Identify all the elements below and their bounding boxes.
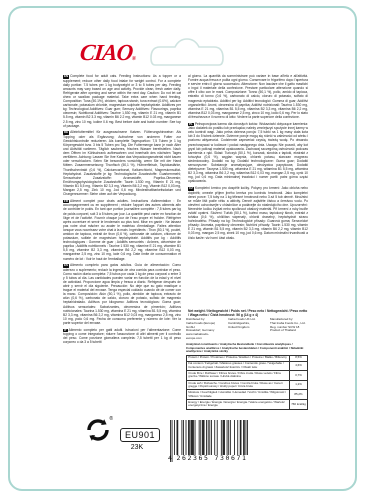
row-value: 4,6% — [290, 362, 307, 371]
table-row-moisture: Moisture / Feuchtigkeit / Humidité / Hum… — [187, 390, 307, 400]
hang-tab-cutout — [148, 36, 226, 75]
table-row-fibre: Crude fibre / Rohfaser / Fibres brutes /… — [187, 371, 307, 381]
batch-code: 23K — [120, 444, 154, 451]
brand-logo-text: CIAO — [79, 40, 134, 65]
eu-approval-mark: EU901 23K — [120, 425, 154, 451]
distributor-block: Distributed by: Inaba Foods (Europe) Gmb… — [186, 318, 308, 341]
manufacturer: Manufactured by: Thai Inaba Foods Co., L… — [270, 318, 308, 341]
row-value: 0,7% — [290, 371, 307, 380]
brand-logo: CIAO® — [79, 40, 138, 66]
registered-trademark-icon: ® — [109, 416, 113, 422]
distributor-eu: Distributed by: Inaba Foods (Europe) Gmb… — [186, 318, 224, 341]
section-text-en: Complete food for adult cats. Feeding In… — [63, 74, 181, 128]
barcode-digit-group: 262365 — [174, 455, 212, 462]
language-section-en: ENComplete food for adult cats. Feeding … — [63, 74, 181, 128]
language-section-cz: CZKompletní krmivo pro dospělé kočky. Po… — [188, 186, 308, 240]
row-label: Moisture / Feuchtigkeit / Humidité / Hum… — [187, 390, 290, 399]
row-label: Fat content / Fettgehalt / Matières gras… — [187, 362, 290, 371]
row-label: Protein / Protein / Protéines / Proteína… — [187, 356, 290, 361]
row-value: 1,2% — [290, 381, 307, 390]
section-text-fr: Aliment complet pour chats adultes. Inst… — [63, 199, 181, 261]
table-row-fat: Fat content / Fettgehalt / Matières gras… — [187, 362, 307, 372]
distributor-uk: Inaba Foods UK Ltd. Cambridgeshire, Unit… — [228, 318, 266, 341]
barcode-digit-group: 730671 — [212, 455, 250, 462]
section-text-it: Alimento completo per gatti adulti. Istr… — [63, 328, 181, 345]
registered-trademark-icon: ® — [131, 56, 136, 62]
row-label: Energy / Energie / Énergie / Energía / E… — [187, 400, 290, 409]
ingredients-right-column: al giorno. La quantità da somministrare … — [188, 74, 308, 308]
language-section-it: ITAlimento completo per gatti adulti. Is… — [63, 328, 181, 345]
row-value: 8,5% — [290, 356, 307, 361]
row-value: 85,2% — [290, 390, 307, 399]
eu-approval-code: EU901 — [120, 428, 160, 442]
green-dot-recycling-icon: ® — [86, 418, 110, 442]
package-back-label: CIAO® ENComplete food for adult cats. Fe… — [0, 0, 365, 499]
language-section-it-continued: al giorno. La quantità da somministrare … — [188, 74, 308, 119]
analysis-table-body: Protein / Protein / Protéines / Proteína… — [186, 355, 308, 410]
section-text-cz: Kompletní krmivo pro dospělé kočky. Poky… — [188, 186, 308, 240]
section-text-it-continued: al giorno. La quantità da somministrare … — [188, 74, 308, 119]
row-value: 766 kcal/kg — [290, 400, 307, 409]
table-row-energy: Energy / Energie / Énergie / Energía / E… — [187, 400, 307, 409]
language-section-de: DEAlleinfuttermittel für ausgewachsene K… — [63, 130, 181, 196]
analysis-table-header: Analytical constituents / Analytische Be… — [186, 343, 308, 354]
ingredients-left-column: ENComplete food for adult cats. Feeding … — [63, 74, 181, 345]
section-text-es: Alimento completo para gatos adultos. Gu… — [63, 263, 181, 325]
barcode-digits: 4 262365 730671 — [168, 455, 250, 462]
language-section-es: ESAlimento completo para gatos adultos. … — [63, 263, 181, 325]
ean-barcode: 4 262365 730671 — [168, 420, 250, 462]
section-text-de: Alleinfuttermittel für ausgewachsene Kat… — [63, 130, 181, 196]
net-weight-line: Net weight / Nettogewicht / Poids net / … — [188, 309, 308, 317]
analysis-table: Analytical constituents / Analytische Be… — [186, 343, 308, 410]
row-label: Crude ash / Rohasche / Cendres brutes / … — [187, 381, 290, 390]
table-row-ash: Crude ash / Rohasche / Cendres brutes / … — [187, 381, 307, 391]
section-text-pl: Pełnoporcjowa karma dla dorosłych kotów.… — [188, 122, 308, 184]
row-label: Crude fibre / Rohfaser / Fibres brutes /… — [187, 371, 290, 380]
language-section-pl: PLPełnoporcjowa karma dla dorosłych kotó… — [188, 122, 308, 184]
language-section-fr: FRAliment complet pour chats adultes. In… — [63, 199, 181, 261]
